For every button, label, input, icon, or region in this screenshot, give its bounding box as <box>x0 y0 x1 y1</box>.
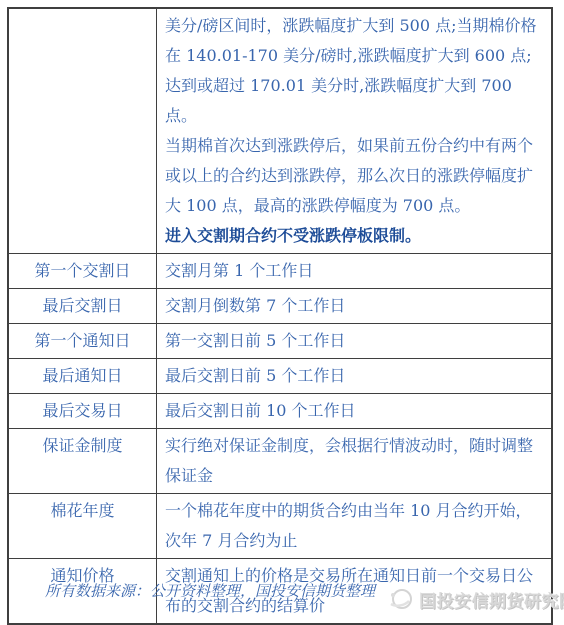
globe-swoosh-icon <box>388 586 414 612</box>
spec-value-margin-system: 实行绝对保证金制度，会根据行情波动时，随时调整保证金 <box>157 429 553 494</box>
spec-label-first-delivery-day: 第一个交割日 <box>8 254 157 289</box>
table-row: 最后交割日 交割月倒数第 7 个工作日 <box>8 289 552 324</box>
data-source-note: 所有数据来源：公开资料整理，国投安信期货整理 <box>45 580 375 601</box>
table-row: 最后交易日 最后交割日前 10 个工作日 <box>8 394 552 429</box>
price-limit-paragraph-1: 美分/磅区间时，涨跌幅度扩大到 500 点;当期棉价格在 140.01-170 … <box>165 11 545 131</box>
spec-label-last-trading-day: 最后交易日 <box>8 394 157 429</box>
spec-value-cotton-year: 一个棉花年度中的期货合约由当年 10 月合约开始，次年 7 月合约为止 <box>157 494 553 559</box>
spec-value-first-delivery-day: 交割月第 1 个工作日 <box>157 254 553 289</box>
price-limit-paragraph-2: 当期棉首次达到涨跌停后，如果前五份合约中有两个或以上的合约达到涨跌停，那么次日的… <box>165 131 545 221</box>
spec-label-margin-system: 保证金制度 <box>8 429 157 494</box>
spec-label-cotton-year: 棉花年度 <box>8 494 157 559</box>
table-row: 保证金制度 实行绝对保证金制度，会根据行情波动时，随时调整保证金 <box>8 429 552 494</box>
watermark-label: 国投安信期货研究院 <box>419 587 564 612</box>
table-row: 第一个交割日 交割月第 1 个工作日 <box>8 254 552 289</box>
spec-label-cell-empty <box>8 8 157 254</box>
spec-label-last-delivery-day: 最后交割日 <box>8 289 157 324</box>
spec-value-last-trading-day: 最后交割日前 10 个工作日 <box>157 394 553 429</box>
spec-value-first-notice-day: 第一交割日前 5 个工作日 <box>157 324 553 359</box>
table-row: 最后通知日 最后交割日前 5 个工作日 <box>8 359 552 394</box>
table-row-price-limit: 美分/磅区间时，涨跌幅度扩大到 500 点;当期棉价格在 140.01-170 … <box>8 8 552 254</box>
table-row: 棉花年度 一个棉花年度中的期货合约由当年 10 月合约开始，次年 7 月合约为止 <box>8 494 552 559</box>
company-watermark: 国投安信期货研究院 <box>388 586 564 612</box>
table-row: 第一个通知日 第一交割日前 5 个工作日 <box>8 324 552 359</box>
spec-value-cell-price-limit: 美分/磅区间时，涨跌幅度扩大到 500 点;当期棉价格在 140.01-170 … <box>157 8 553 254</box>
contract-spec-table: 美分/磅区间时，涨跌幅度扩大到 500 点;当期棉价格在 140.01-170 … <box>7 7 553 625</box>
spec-label-first-notice-day: 第一个通知日 <box>8 324 157 359</box>
spec-label-last-notice-day: 最后通知日 <box>8 359 157 394</box>
spec-value-last-delivery-day: 交割月倒数第 7 个工作日 <box>157 289 553 324</box>
price-limit-bold-note: 进入交割期合约不受涨跌停板限制。 <box>165 221 545 251</box>
spec-value-last-notice-day: 最后交割日前 5 个工作日 <box>157 359 553 394</box>
